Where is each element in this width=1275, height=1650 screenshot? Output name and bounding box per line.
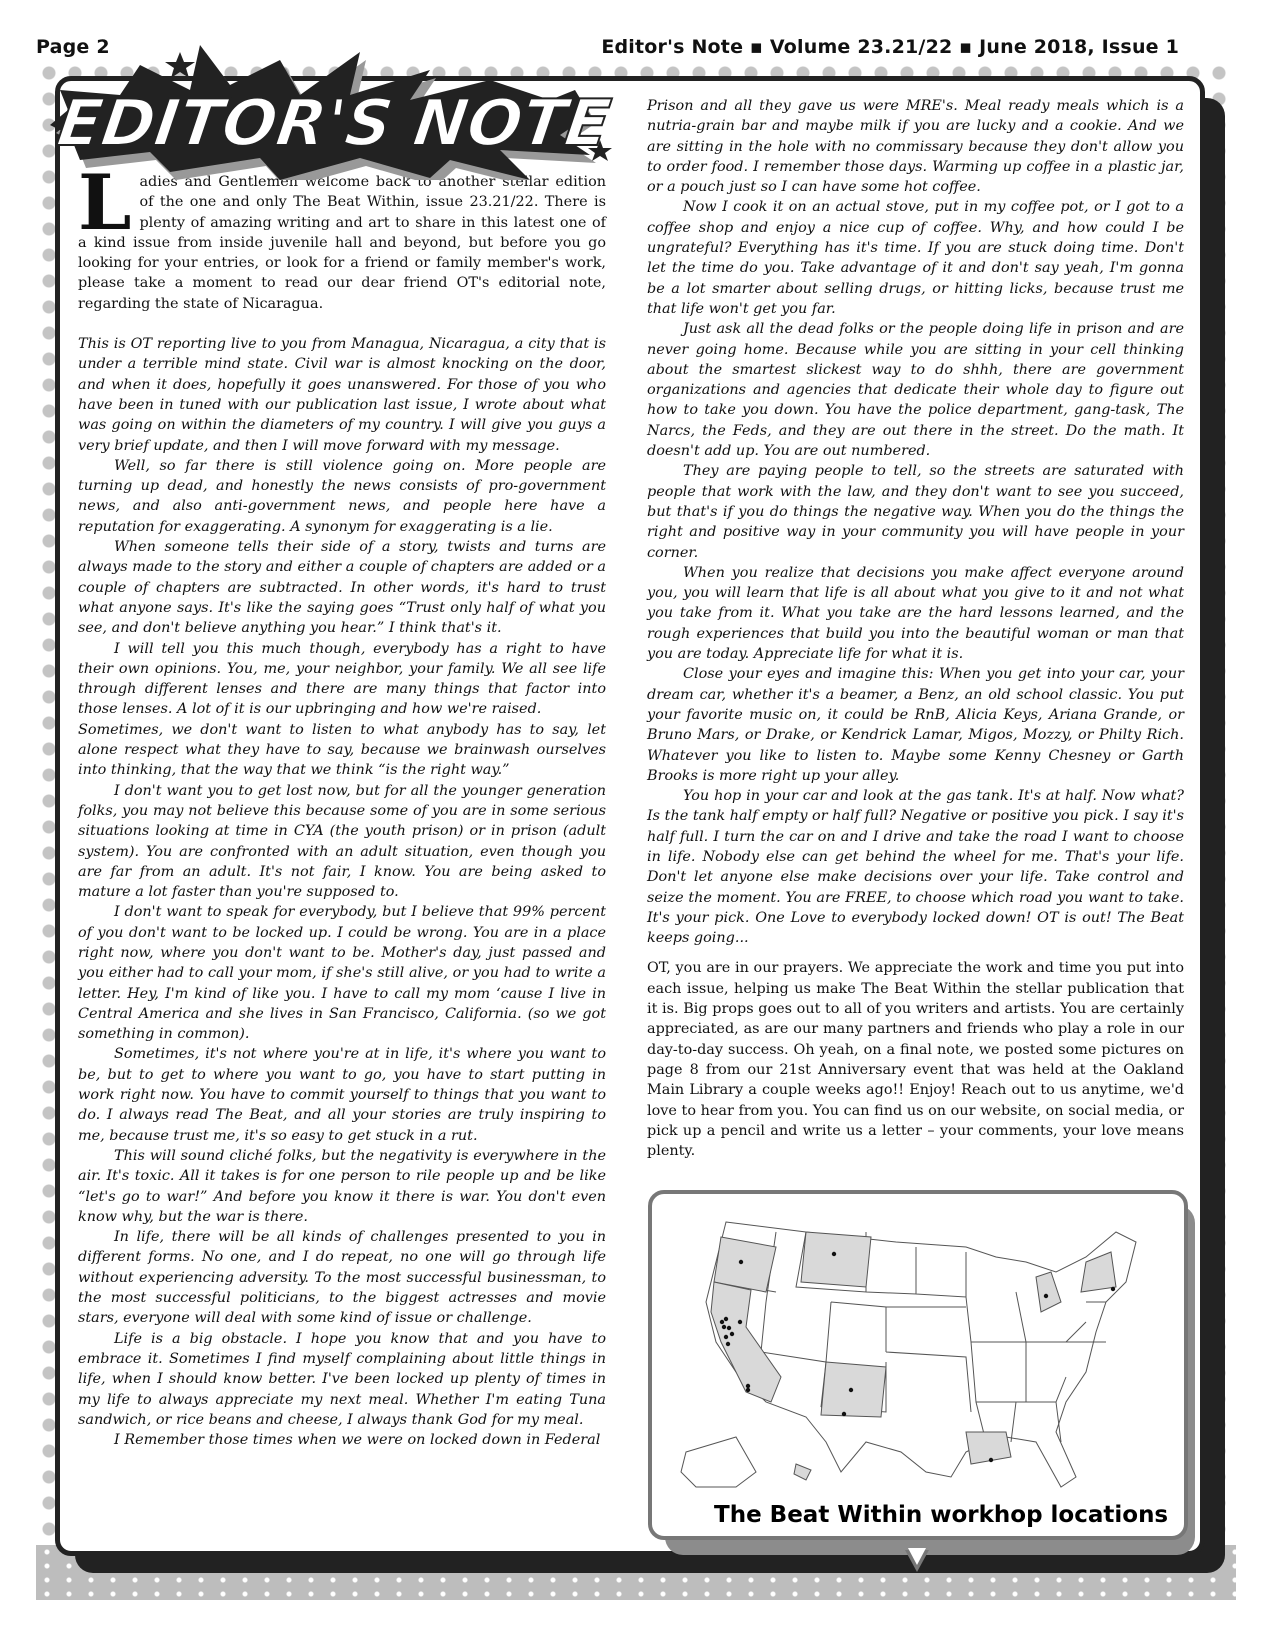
intro-paragraph: Ladies and Gentlemen welcome back to ano…	[78, 172, 606, 314]
ot-letter-part-2: Prison and all they gave us were MRE's. …	[647, 96, 1184, 948]
left-column: Ladies and Gentlemen welcome back to ano…	[78, 172, 606, 1450]
workshop-map-box: The Beat Within workhop locations	[648, 1190, 1188, 1540]
letter-paragraph: Life is a big obstacle. I hope you know …	[78, 1329, 606, 1430]
starburst-icon: EDITOR'S NOTE	[30, 40, 630, 180]
letter-paragraph: When you realize that decisions you make…	[647, 563, 1184, 664]
ot-letter-part-1: This is OT reporting live to you from Ma…	[78, 334, 606, 1450]
letter-paragraph: When someone tells their side of a story…	[78, 537, 606, 638]
letter-paragraph: Well, so far there is still violence goi…	[78, 456, 606, 537]
letter-paragraph: Prison and all they gave us were MRE's. …	[647, 96, 1184, 197]
us-map	[666, 1202, 1171, 1502]
letter-paragraph: This is OT reporting live to you from Ma…	[78, 334, 606, 456]
letter-paragraph: They are paying people to tell, so the s…	[647, 461, 1184, 562]
letter-paragraph: Just ask all the dead folks or the peopl…	[647, 319, 1184, 461]
svg-text:EDITOR'S NOTE: EDITOR'S NOTE	[53, 86, 615, 161]
letter-paragraph: I Remember those times when we were on l…	[78, 1430, 606, 1450]
letter-paragraph: This will sound cliché folks, but the ne…	[78, 1146, 606, 1227]
letter-paragraph: Close your eyes and imagine this: When y…	[647, 664, 1184, 786]
drop-cap: L	[78, 174, 131, 232]
map-caption: The Beat Within workhop locations	[714, 1502, 1168, 1528]
right-column: Prison and all they gave us were MRE's. …	[647, 96, 1184, 1161]
letter-paragraph: Sometimes, it's not where you're at in l…	[78, 1044, 606, 1145]
letter-paragraph: I don't want you to get lost now, but fo…	[78, 781, 606, 903]
letter-paragraph: Now I cook it on an actual stove, put in…	[647, 197, 1184, 319]
letter-paragraph: You hop in your car and look at the gas …	[647, 786, 1184, 948]
letter-paragraph: I will tell you this much though, everyb…	[78, 639, 606, 720]
letter-paragraph: In life, there will be all kinds of chal…	[78, 1227, 606, 1328]
letter-paragraph: I don't want to speak for everybody, but…	[78, 902, 606, 1044]
running-header: Editor's Note ▪ Volume 23.21/22 ▪ June 2…	[601, 36, 1179, 58]
letter-paragraph: Sometimes, we don't want to listen to wh…	[78, 720, 606, 781]
editors-note-masthead: EDITOR'S NOTE	[30, 40, 630, 180]
callout-pointer-inner	[908, 1548, 926, 1565]
closing-paragraph: OT, you are in our prayers. We appreciat…	[647, 958, 1184, 1161]
